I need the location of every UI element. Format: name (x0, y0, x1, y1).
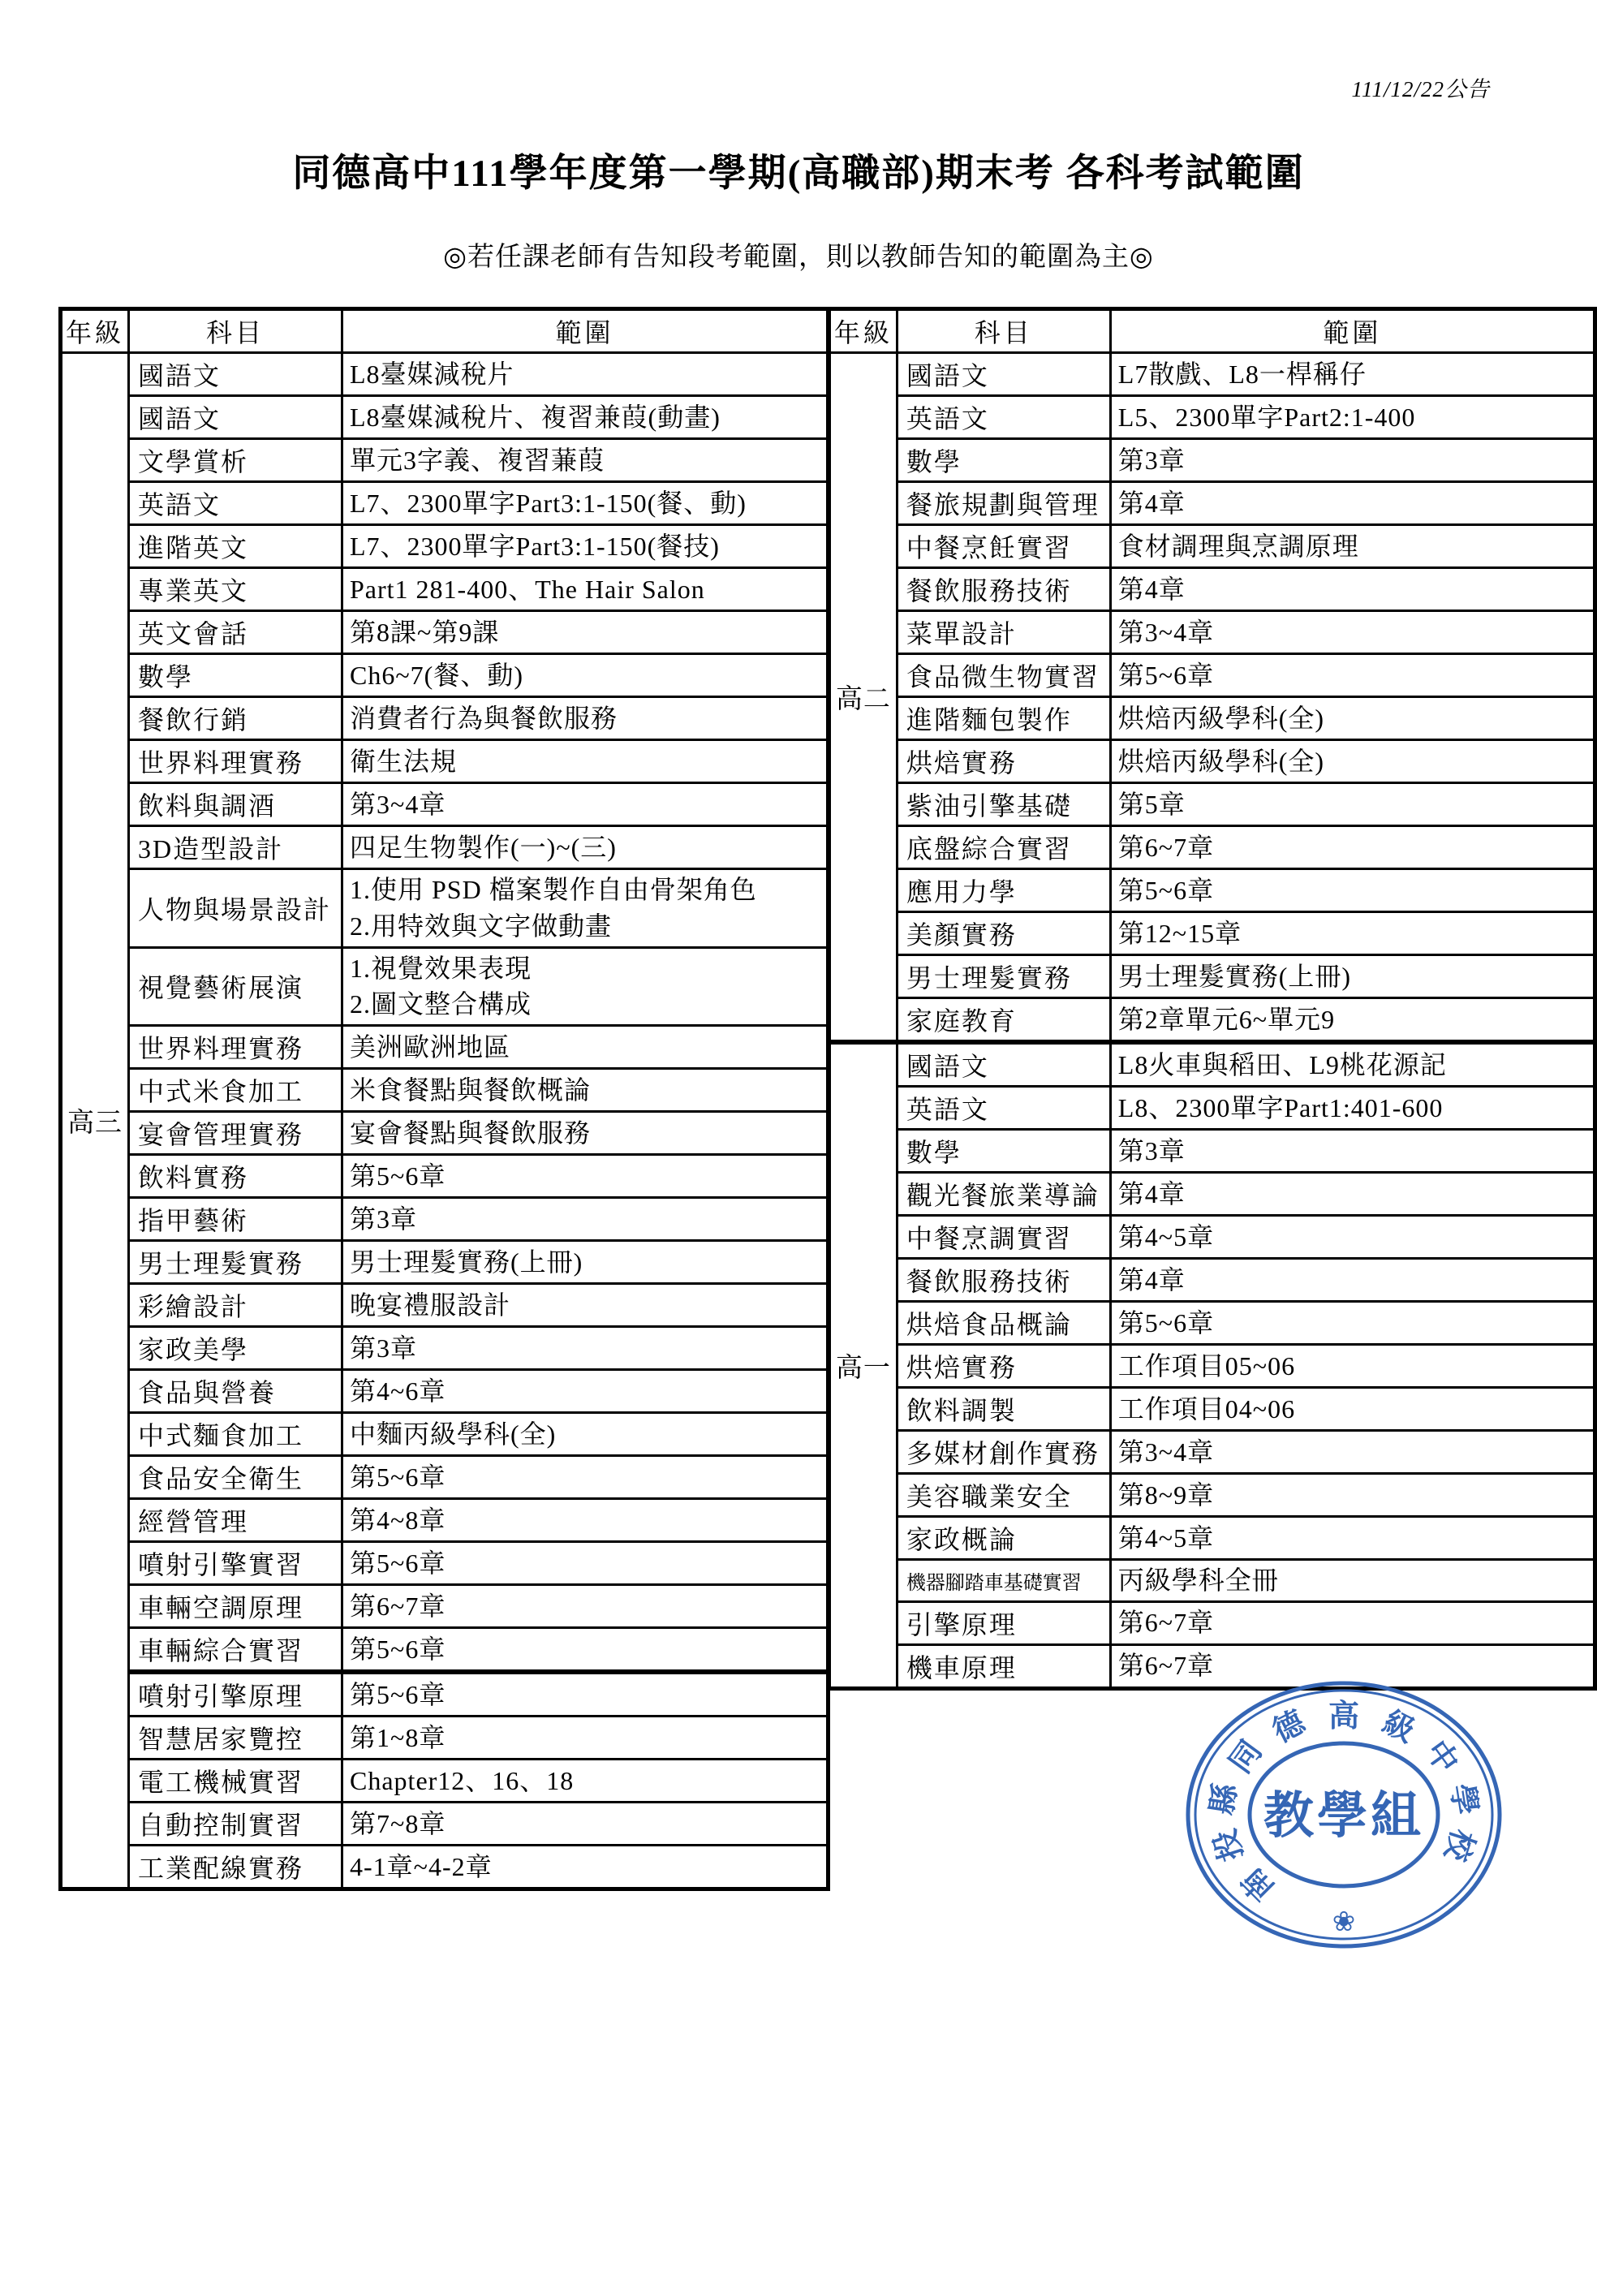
subject-cell: 多媒材創作實務 (897, 1431, 1110, 1474)
subject-cell: 烘焙實務 (897, 1345, 1110, 1388)
subject-cell: 世界料理實務 (129, 740, 342, 783)
subject-cell: 家政概論 (897, 1517, 1110, 1560)
scope-cell: 第3~4章 (342, 783, 829, 826)
subject-cell: 國語文 (897, 353, 1110, 396)
scope-cell: L7散戲、L8一桿稱仔 (1110, 353, 1595, 396)
scope-cell: 第8~9章 (1110, 1474, 1595, 1517)
subject-cell: 彩繪設計 (129, 1284, 342, 1327)
scope-cell: 第12~15章 (1110, 912, 1595, 955)
scope-cell: Ch6~7(餐、動) (342, 654, 829, 697)
subject-cell: 烘焙實務 (897, 740, 1110, 783)
subject-cell: 專業英文 (129, 568, 342, 611)
scope-cell: 第6~7章 (342, 1585, 829, 1628)
subject-cell: 國語文 (129, 353, 342, 396)
subject-cell: 食品安全衛生 (129, 1456, 342, 1499)
subject-cell: 應用力學 (897, 869, 1110, 912)
scope-cell: 第1~8章 (342, 1717, 829, 1760)
page-subtitle: ◎若任課老師有告知段考範圍，則以教師告知的範圍為主◎ (0, 235, 1597, 274)
stamp-ring-char: 中 (1418, 1734, 1464, 1779)
stamp-ring-char: 南 (1235, 1861, 1281, 1907)
scope-cell: 第5~6章 (1110, 869, 1595, 912)
scope-cell: 第4章 (1110, 1173, 1595, 1216)
scope-cell: 第5~6章 (342, 1628, 829, 1673)
scope-cell: 男士理髮實務(上冊) (342, 1241, 829, 1284)
scope-cell: 第4章 (1110, 568, 1595, 611)
subject-cell: 菜單設計 (897, 611, 1110, 654)
scope-cell: 第4~6章 (342, 1370, 829, 1413)
scope-cell: 第5~6章 (342, 1155, 829, 1198)
column-header-subject: 科目 (129, 309, 342, 353)
subject-cell: 家庭教育 (897, 998, 1110, 1043)
scope-cell: 第5~6章 (342, 1456, 829, 1499)
scope-cell: 第6~7章 (1110, 1601, 1595, 1644)
subject-cell: 紫油引擎基礎 (897, 783, 1110, 826)
scope-cell: 第5~6章 (342, 1542, 829, 1585)
subject-cell: 國語文 (129, 396, 342, 439)
stamp-ring-char: 校 (1438, 1825, 1480, 1866)
subject-cell: 噴射引擎實習 (129, 1542, 342, 1585)
subject-cell: 男士理髮實務 (129, 1241, 342, 1284)
scope-cell: 第4~5章 (1110, 1517, 1595, 1560)
scope-cell: L8、2300單字Part1:401-600 (1110, 1087, 1595, 1130)
scope-cell: 第5~6章 (1110, 654, 1595, 697)
subject-cell: 美容職業安全 (897, 1474, 1110, 1517)
scope-cell: 中麵丙級學科(全) (342, 1413, 829, 1456)
subject-cell: 烘焙食品概論 (897, 1302, 1110, 1345)
subject-cell: 餐旅規劃與管理 (897, 482, 1110, 525)
subject-cell: 男士理髮實務 (897, 955, 1110, 998)
scope-cell: 1.使用 PSD 檔案製作自由骨架角色 2.用特效與文字做動畫 (342, 869, 829, 948)
grade-cell: 高一 (829, 1042, 898, 1688)
scope-cell: L7、2300單字Part3:1-150(餐技) (342, 525, 829, 568)
scope-cell: 工作項目05~06 (1110, 1345, 1595, 1388)
page-title: 同德高中111學年度第一學期(高職部)期末考 各科考試範圍 (0, 143, 1597, 197)
scope-cell: 衛生法規 (342, 740, 829, 783)
plum-blossom-icon: ❀ (1332, 1907, 1356, 1937)
stamp-ring-char: 德 (1268, 1704, 1311, 1749)
scope-cell: Chapter12、16、18 (342, 1760, 829, 1803)
scope-cell: 第4~8章 (342, 1499, 829, 1542)
school-stamp: 南投縣同德高級中學校 教學組 ❀ (1175, 1677, 1513, 1959)
subject-cell: 食品微生物實習 (897, 654, 1110, 697)
scope-cell: 食材調理與烹調原理 (1110, 525, 1595, 568)
scope-cell: 男士理髮實務(上冊) (1110, 955, 1595, 998)
column-header-subject: 科目 (897, 309, 1110, 353)
subject-cell: 噴射引擎原理 (129, 1672, 342, 1717)
subject-cell: 英語文 (897, 1087, 1110, 1130)
scope-cell: 工作項目04~06 (1110, 1388, 1595, 1431)
document-page: { "page": { "notice_date": "111/12/22公告"… (0, 0, 1597, 2296)
subject-cell: 數學 (897, 439, 1110, 482)
subject-cell: 食品與營養 (129, 1370, 342, 1413)
scope-cell: 晚宴禮服設計 (342, 1284, 829, 1327)
scope-cell: 宴會餐點與餐飲服務 (342, 1112, 829, 1155)
subject-cell: 車輛空調原理 (129, 1585, 342, 1628)
subject-cell: 中式麵食加工 (129, 1413, 342, 1456)
subject-cell: 美顏實務 (897, 912, 1110, 955)
column-header-scope: 範圍 (1110, 309, 1595, 353)
subject-cell: 進階麵包製作 (897, 697, 1110, 740)
subject-cell: 飲料實務 (129, 1155, 342, 1198)
subject-cell: 國語文 (897, 1042, 1110, 1087)
scope-cell: 第4章 (1110, 1259, 1595, 1302)
subject-cell: 餐飲服務技術 (897, 568, 1110, 611)
grade-cell: 高二 (829, 353, 898, 1043)
scope-cell: 烘焙丙級學科(全) (1110, 740, 1595, 783)
subject-cell: 機車原理 (897, 1644, 1110, 1688)
scope-cell: 第3章 (342, 1327, 829, 1370)
subject-cell: 家政美學 (129, 1327, 342, 1370)
scope-cell: 第3章 (342, 1198, 829, 1241)
scope-cell: 第2章單元6~單元9 (1110, 998, 1595, 1043)
stamp-ring-char: 高 (1328, 1699, 1359, 1734)
subject-cell: 智慧居家覽控 (129, 1717, 342, 1760)
scope-cell: 美洲歐洲地區 (342, 1026, 829, 1069)
subject-cell: 車輛綜合實習 (129, 1628, 342, 1673)
scope-cell: L8臺媒減稅片 (342, 353, 829, 396)
stamp-ring-char: 縣 (1205, 1781, 1244, 1817)
subject-cell: 中餐烹調實習 (897, 1216, 1110, 1259)
scope-cell: 第4~5章 (1110, 1216, 1595, 1259)
scope-cell: Part1 281-400、The Hair Salon (342, 568, 829, 611)
scope-cell: 單元3字義、複習蒹葭 (342, 439, 829, 482)
subject-cell: 飲料與調酒 (129, 783, 342, 826)
subject-cell: 視覺藝術展演 (129, 947, 342, 1026)
subject-cell: 工業配線實務 (129, 1846, 342, 1889)
scope-cell: 消費者行為與餐飲服務 (342, 697, 829, 740)
scope-cell: 第6~7章 (1110, 826, 1595, 869)
subject-cell: 觀光餐旅業導論 (897, 1173, 1110, 1216)
subject-cell: 電工機械實習 (129, 1760, 342, 1803)
subject-cell: 3D造型設計 (129, 826, 342, 869)
stamp-ring-char: 級 (1377, 1705, 1420, 1750)
scope-cell: 第4章 (1110, 482, 1595, 525)
subject-cell: 自動控制實習 (129, 1803, 342, 1846)
stamp-ring-char: 同 (1223, 1734, 1268, 1779)
exam-table-grade1-2: 年級科目範圍高二國語文L7散戲、L8一桿稱仔英語文L5、2300單字Part2:… (827, 307, 1597, 1691)
scope-cell: 第5章 (1110, 783, 1595, 826)
subject-cell: 餐飲服務技術 (897, 1259, 1110, 1302)
subject-cell: 餐飲行銷 (129, 697, 342, 740)
scope-cell: 第7~8章 (342, 1803, 829, 1846)
scope-cell: 第8課~第9課 (342, 611, 829, 654)
scope-cell: 第5~6章 (1110, 1302, 1595, 1345)
subject-cell: 指甲藝術 (129, 1198, 342, 1241)
scope-cell: 第5~6章 (342, 1672, 829, 1717)
subject-cell: 進階英文 (129, 525, 342, 568)
scope-cell: 四足生物製作(一)~(三) (342, 826, 829, 869)
subject-cell: 宴會管理實務 (129, 1112, 342, 1155)
subject-cell: 中式米食加工 (129, 1069, 342, 1112)
column-header-scope: 範圍 (342, 309, 829, 353)
scope-cell: L8火車與稻田、L9桃花源記 (1110, 1042, 1595, 1087)
scope-cell: 1.視覺效果表現 2.圖文整合構成 (342, 947, 829, 1026)
scope-cell: 第3~4章 (1110, 611, 1595, 654)
subject-cell: 英文會話 (129, 611, 342, 654)
exam-table-grade3: 年級科目範圍高三國語文L8臺媒減稅片國語文L8臺媒減稅片、複習兼葭(動畫)文學賞… (58, 307, 830, 1891)
scope-cell: 4-1章~4-2章 (342, 1846, 829, 1889)
column-header-grade: 年級 (61, 309, 129, 353)
scope-cell: 烘焙丙級學科(全) (1110, 697, 1595, 740)
scope-cell: 第3~4章 (1110, 1431, 1595, 1474)
subject-cell: 飲料調製 (897, 1388, 1110, 1431)
subject-cell: 中餐烹飪實習 (897, 525, 1110, 568)
subject-cell: 英語文 (129, 482, 342, 525)
scope-cell: 第3章 (1110, 439, 1595, 482)
stamp-ring-char: 學 (1444, 1781, 1482, 1817)
scope-cell: 第3章 (1110, 1130, 1595, 1173)
subject-cell: 數學 (129, 654, 342, 697)
stamp-center-text: 教學組 (1263, 1788, 1424, 1844)
scope-cell: 米食餐點與餐飲概論 (342, 1069, 829, 1112)
subject-cell: 人物與場景設計 (129, 869, 342, 948)
subject-cell: 英語文 (897, 396, 1110, 439)
notice-date: 111/12/22公告 (1352, 71, 1491, 103)
scope-cell: L8臺媒減稅片、複習兼葭(動畫) (342, 396, 829, 439)
grade-cell: 高三 (61, 353, 129, 1889)
subject-cell: 底盤綜合實習 (897, 826, 1110, 869)
column-header-grade: 年級 (829, 309, 898, 353)
subject-cell: 機器腳踏車基礎實習 (897, 1560, 1110, 1602)
scope-cell: L7、2300單字Part3:1-150(餐、動) (342, 482, 829, 525)
scope-cell: 丙級學科全冊 (1110, 1560, 1595, 1602)
stamp-ring-char: 投 (1207, 1825, 1250, 1865)
subject-cell: 經營管理 (129, 1499, 342, 1542)
scope-cell: L5、2300單字Part2:1-400 (1110, 396, 1595, 439)
subject-cell: 文學賞析 (129, 439, 342, 482)
subject-cell: 世界料理實務 (129, 1026, 342, 1069)
subject-cell: 數學 (897, 1130, 1110, 1173)
subject-cell: 引擎原理 (897, 1601, 1110, 1644)
